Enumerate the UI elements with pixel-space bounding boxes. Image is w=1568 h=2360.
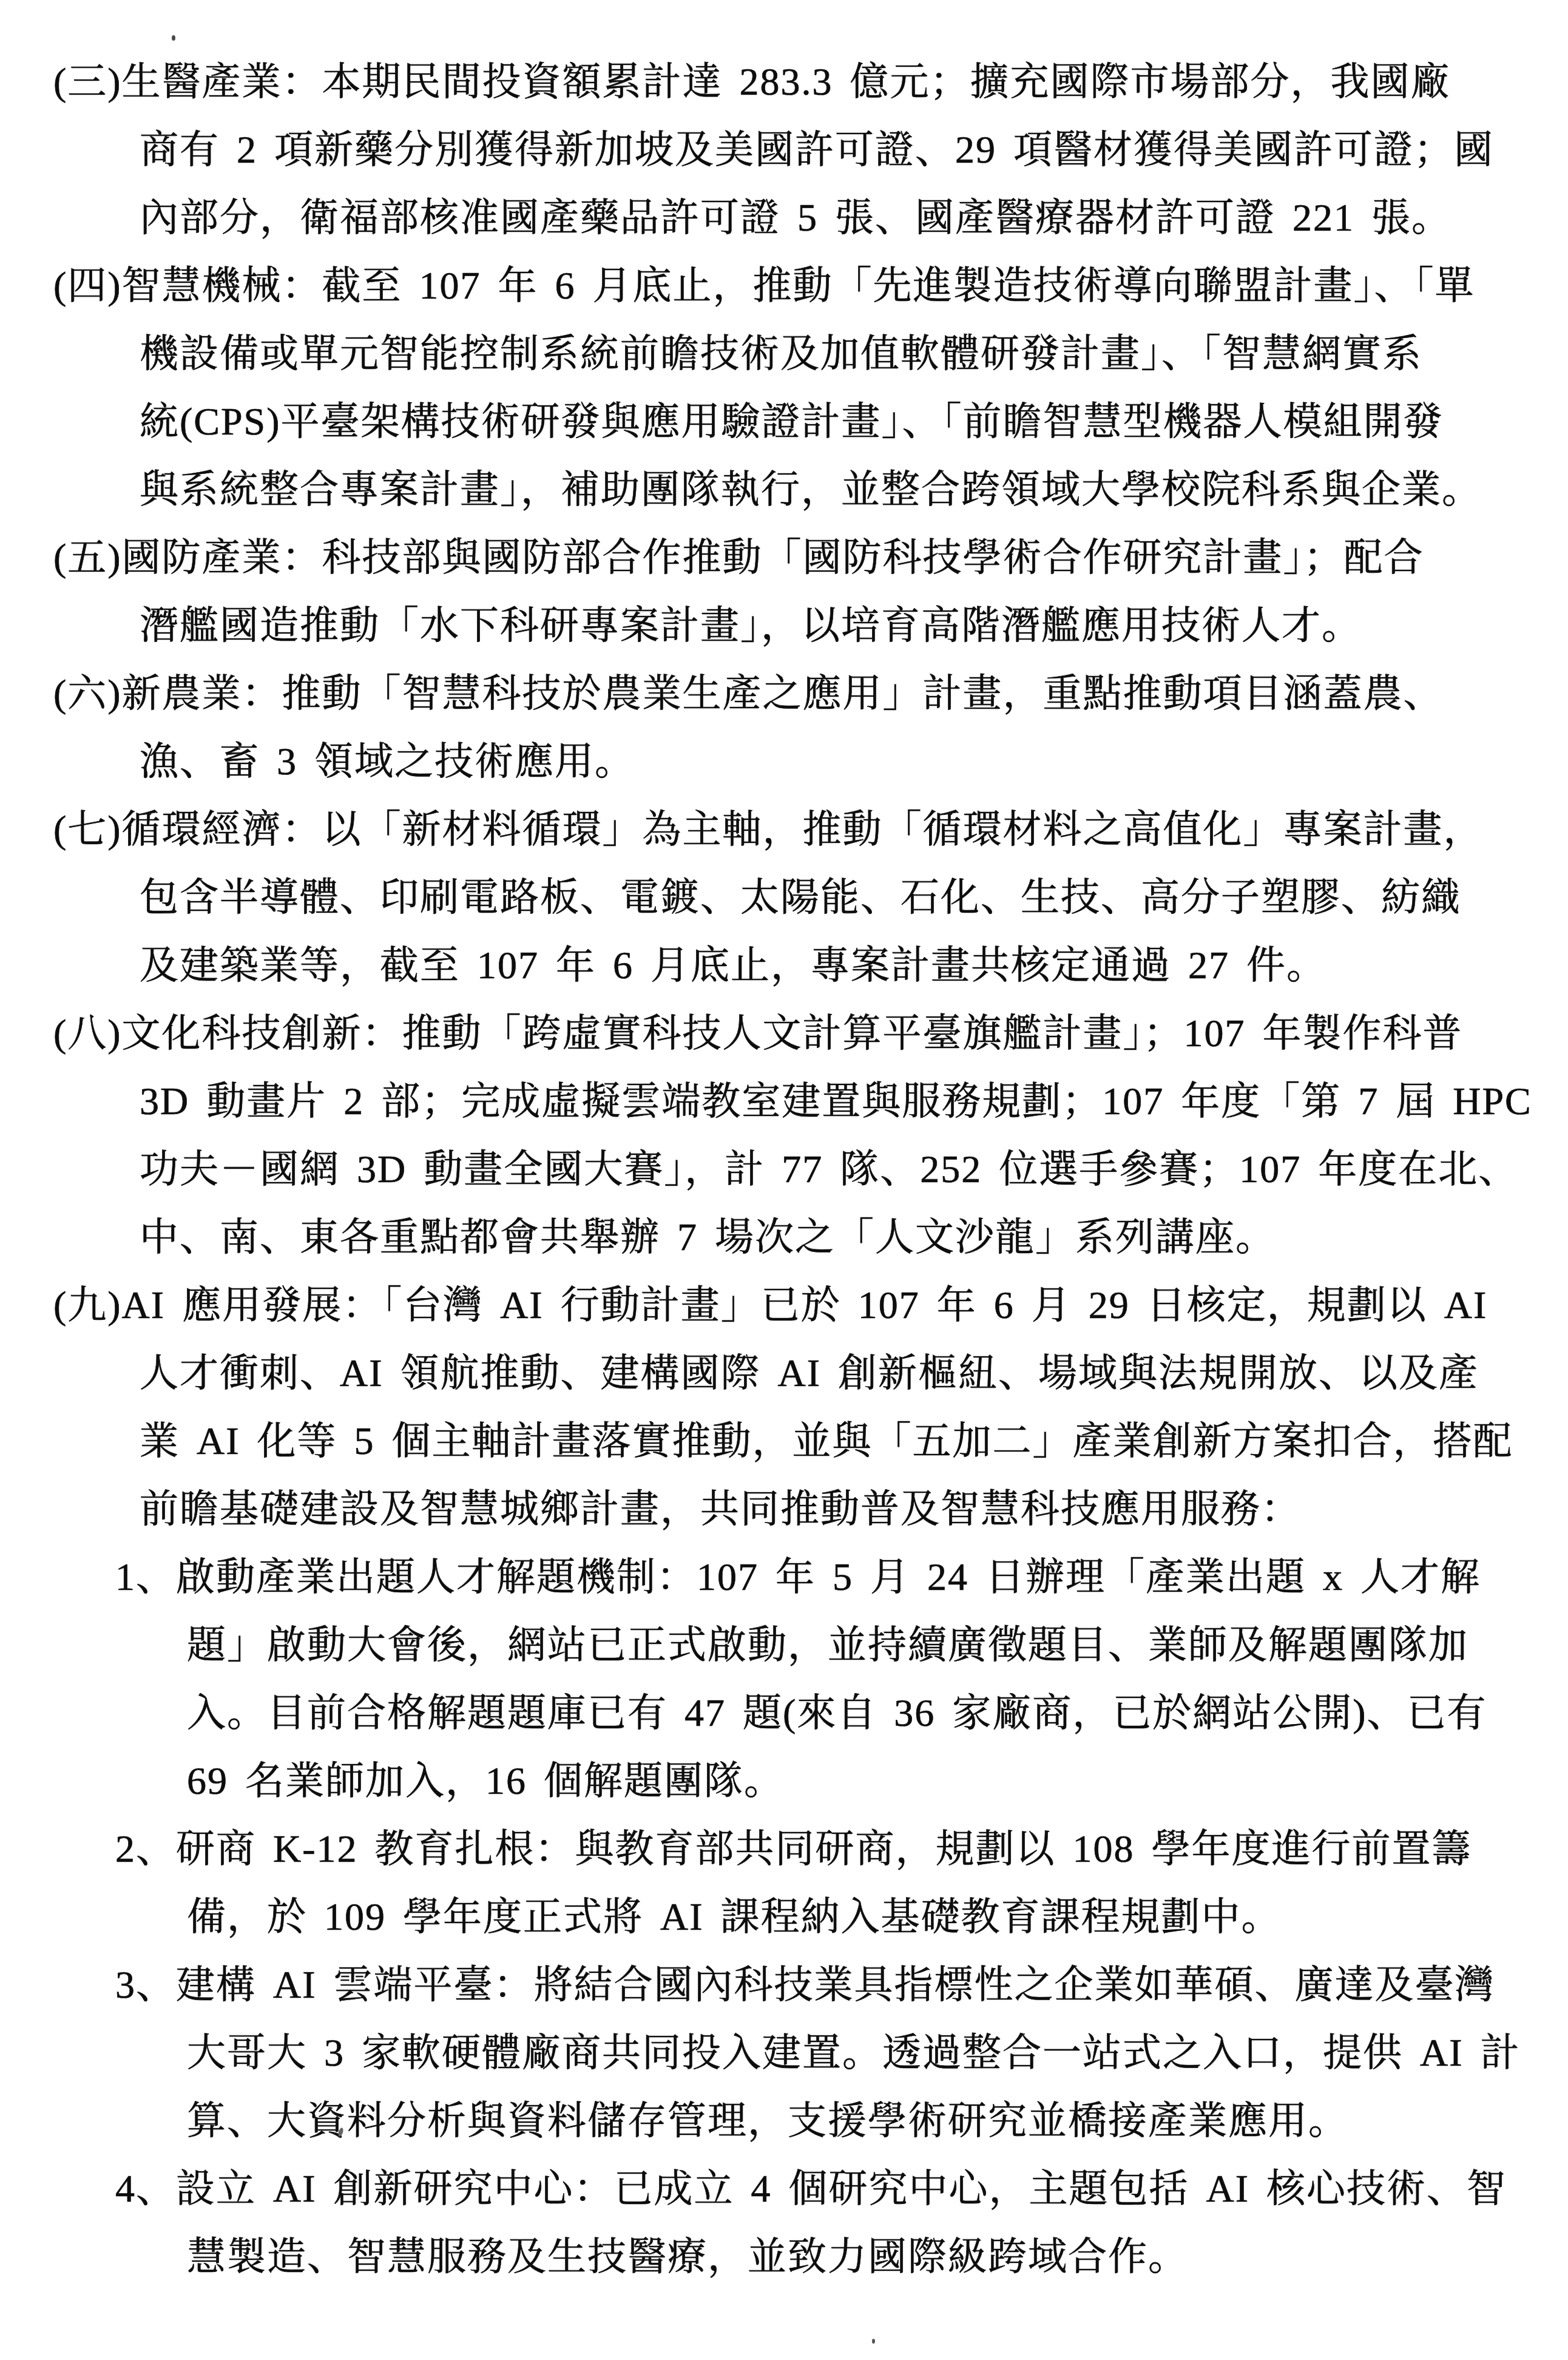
subitem-3-ai-cloud-platform: 3、建構 AI 雲端平臺：將結合國內科技業具指標性之企業如華碩、廣達及臺灣 大哥…	[0, 1951, 1568, 2155]
text-line: 1、啟動產業出題人才解題機制：107 年 5 月 24 日辦理「產業出題 x 人…	[0, 1543, 1568, 1611]
text-line: 潛艦國造推動「水下科研專案計畫」，以培育高階潛艦應用技術人才。	[0, 592, 1568, 660]
text-line: 功夫－國網 3D 動畫全國大賽」，計 77 隊、252 位選手參賽；107 年度…	[0, 1135, 1568, 1203]
text-line: 2、研商 K-12 教育扎根：與教育部共同研商，規劃以 108 學年度進行前置籌	[0, 1815, 1568, 1883]
text-line: 備，於 109 學年度正式將 AI 課程納入基礎教育課程規劃中。	[0, 1883, 1568, 1951]
paragraph-culture-tech-innovation: (八)文化科技創新：推動「跨虛實科技人文計算平臺旗艦計畫」；107 年製作科普 …	[0, 999, 1568, 1271]
paragraph-ai-application-development: (九)AI 應用發展：「台灣 AI 行動計畫」已於 107 年 6 月 29 日…	[0, 1271, 1568, 1543]
text-line: (五)國防產業：科技部與國防部合作推動「國防科技學術合作研究計畫」；配合	[0, 524, 1568, 592]
text-line: 大哥大 3 家軟硬體廠商共同投入建置。透過整合一站式之入口，提供 AI 計	[0, 2019, 1568, 2087]
text-line: 機設備或單元智能控制系統前瞻技術及加值軟體研發計畫」、「智慧網實系	[0, 320, 1568, 388]
text-line: 業 AI 化等 5 個主軸計畫落實推動，並與「五加二」產業創新方案扣合，搭配	[0, 1407, 1568, 1475]
scan-speck	[172, 35, 175, 41]
text-line: (九)AI 應用發展：「台灣 AI 行動計畫」已於 107 年 6 月 29 日…	[0, 1271, 1568, 1339]
paragraph-new-agriculture: (六)新農業：推動「智慧科技於農業生產之應用」計畫，重點推動項目涵蓋農、 漁、畜…	[0, 660, 1568, 796]
subitem-2-k12-education: 2、研商 K-12 教育扎根：與教育部共同研商，規劃以 108 學年度進行前置籌…	[0, 1815, 1568, 1951]
subitem-4-ai-research-centers: 4、設立 AI 創新研究中心：已成立 4 個研究中心，主題包括 AI 核心技術、…	[0, 2155, 1568, 2291]
text-line: (三)生醫產業：本期民間投資額累計達 283.3 億元；擴充國際市場部分，我國廠	[0, 48, 1568, 116]
text-line: 算、大資料分析與資料儲存管理，支援學術研究並橋接產業應用。	[0, 2087, 1568, 2155]
text-line: 內部分，衛福部核准國產藥品許可證 5 張、國產醫療器材許可證 221 張。	[0, 184, 1568, 252]
subitem-1-industry-talent-matching: 1、啟動產業出題人才解題機制：107 年 5 月 24 日辦理「產業出題 x 人…	[0, 1543, 1568, 1815]
text-line: 慧製造、智慧服務及生技醫療，並致力國際級跨域合作。	[0, 2223, 1568, 2291]
text-line: 3D 動畫片 2 部；完成虛擬雲端教室建置與服務規劃；107 年度「第 7 屆 …	[0, 1067, 1568, 1135]
text-line: 包含半導體、印刷電路板、電鍍、太陽能、石化、生技、高分子塑膠、紡織	[0, 864, 1568, 931]
text-line: (八)文化科技創新：推動「跨虛實科技人文計算平臺旗艦計畫」；107 年製作科普	[0, 999, 1568, 1067]
text-line: 商有 2 項新藥分別獲得新加坡及美國許可證、29 項醫材獲得美國許可證；國	[0, 116, 1568, 184]
text-line: (六)新農業：推動「智慧科技於農業生產之應用」計畫，重點推動項目涵蓋農、	[0, 660, 1568, 728]
text-line: 與系統整合專案計畫」，補助團隊執行，並整合跨領域大學校院科系與企業。	[0, 456, 1568, 524]
paragraph-biomed-industry: (三)生醫產業：本期民間投資額累計達 283.3 億元；擴充國際市場部分，我國廠…	[0, 48, 1568, 252]
text-line: 入。目前合格解題題庫已有 47 題(來自 36 家廠商，已於網站公開)、已有	[0, 1679, 1568, 1747]
text-line: 統(CPS)平臺架構技術研發與應用驗證計畫」、「前瞻智慧型機器人模組開發	[0, 388, 1568, 456]
text-line: 及建築業等，截至 107 年 6 月底止，專案計畫共核定通過 27 件。	[0, 931, 1568, 999]
paragraph-defense-industry: (五)國防產業：科技部與國防部合作推動「國防科技學術合作研究計畫」；配合 潛艦國…	[0, 524, 1568, 660]
text-line: 4、設立 AI 創新研究中心：已成立 4 個研究中心，主題包括 AI 核心技術、…	[0, 2155, 1568, 2223]
text-line: (四)智慧機械：截至 107 年 6 月底止，推動「先進製造技術導向聯盟計畫」、…	[0, 252, 1568, 320]
text-line: 69 名業師加入，16 個解題團隊。	[0, 1747, 1568, 1815]
text-line: 中、南、東各重點都會共舉辦 7 場次之「人文沙龍」系列講座。	[0, 1203, 1568, 1271]
scan-speck	[872, 2339, 875, 2344]
text-line: 前瞻基礎建設及智慧城鄉計畫，共同推動普及智慧科技應用服務：	[0, 1475, 1568, 1543]
paragraph-circular-economy: (七)循環經濟：以「新材料循環」為主軸，推動「循環材料之高值化」專案計畫， 包含…	[0, 796, 1568, 999]
paragraph-smart-machinery: (四)智慧機械：截至 107 年 6 月底止，推動「先進製造技術導向聯盟計畫」、…	[0, 252, 1568, 524]
scanned-document-page: (三)生醫產業：本期民間投資額累計達 283.3 億元；擴充國際市場部分，我國廠…	[0, 0, 1568, 2360]
text-line: 人才衝刺、AI 領航推動、建構國際 AI 創新樞紐、場域與法規開放、以及產	[0, 1339, 1568, 1407]
text-line: (七)循環經濟：以「新材料循環」為主軸，推動「循環材料之高值化」專案計畫，	[0, 796, 1568, 864]
text-line: 3、建構 AI 雲端平臺：將結合國內科技業具指標性之企業如華碩、廣達及臺灣	[0, 1951, 1568, 2019]
text-line: 題」啟動大會後，網站已正式啟動，並持續廣徵題目、業師及解題團隊加	[0, 1611, 1568, 1679]
text-line: 漁、畜 3 領域之技術應用。	[0, 728, 1568, 796]
